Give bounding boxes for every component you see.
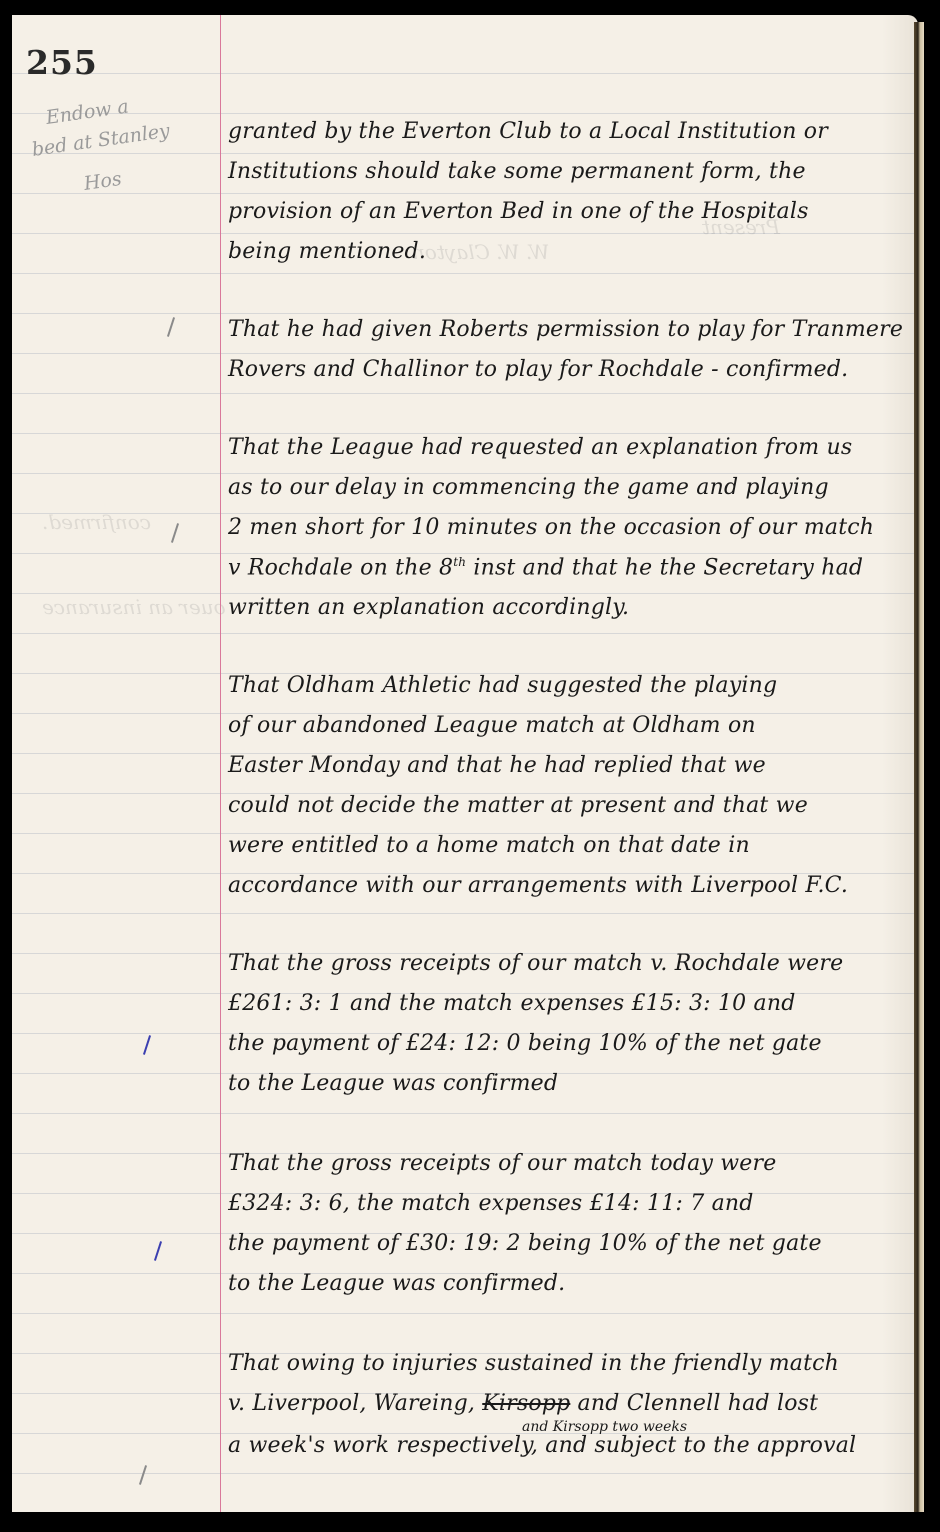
entry-line: a week's work respectively, and subject … (228, 1433, 856, 1458)
entry-line: the payment of £30: 19: 2 being 10% of t… (228, 1231, 822, 1256)
entry-line: Institutions should take some permanent … (228, 159, 806, 184)
ruled-line (12, 273, 918, 274)
blue-tick-icon (143, 1035, 151, 1055)
entry-line: That owing to injuries sustained in the … (228, 1351, 839, 1376)
ledger-page: Present W. W. Clayton confirmed. ouer an… (12, 15, 918, 1512)
ordinal-suffix: th (453, 555, 466, 569)
ruled-line (12, 1473, 918, 1474)
pencil-tick-icon (171, 523, 179, 543)
entry-line-text: inst and that he the Secretary had (466, 555, 863, 580)
pencil-tick-icon (139, 1465, 147, 1485)
entry-line-text: v Rochdale on the 8 (228, 555, 453, 580)
ruled-line (12, 73, 918, 74)
entry-line: to the League was confirmed. (228, 1271, 565, 1296)
entry-line: provision of an Everton Bed in one of th… (228, 199, 809, 224)
ruled-line (12, 473, 918, 474)
ruled-line (12, 113, 918, 114)
entry-line: could not decide the matter at present a… (228, 793, 808, 818)
margin-note-line: Endow a (44, 96, 130, 129)
entry-line: Easter Monday and that he had replied th… (228, 753, 766, 778)
entry-line: being mentioned. (228, 239, 426, 264)
entry-line: of our abandoned League match at Oldham … (228, 713, 756, 738)
entry-line: That Oldham Athletic had suggested the p… (228, 673, 777, 698)
ruled-line (12, 553, 918, 554)
bleed-through-text: ouer an insurance (42, 595, 226, 619)
ruled-line (12, 1113, 918, 1114)
struck-out-word: Kirsopp (482, 1391, 570, 1416)
ruled-line (12, 633, 918, 634)
entry-line-text: and Clennell had lost (570, 1391, 818, 1416)
bleed-through-text: W. W. Clayton (412, 240, 549, 264)
entry-line: v. Liverpool, Wareing, Kirsopp and Clenn… (228, 1391, 818, 1416)
entry-line: the payment of £24: 12: 0 being 10% of t… (228, 1031, 822, 1056)
ruled-line (12, 153, 918, 154)
ruled-line (12, 593, 918, 594)
entry-line: to the League was confirmed (228, 1071, 558, 1096)
entry-line: £324: 3: 6, the match expenses £14: 11: … (228, 1191, 754, 1216)
ruled-line (12, 433, 918, 434)
ruled-line (12, 353, 918, 354)
entry-line: Rovers and Challinor to play for Rochdal… (228, 357, 848, 382)
entry-line: £261: 3: 1 and the match expenses £15: 3… (228, 991, 796, 1016)
entry-line-text: v. Liverpool, Wareing, (228, 1391, 475, 1416)
margin-note-line: Hos (82, 168, 122, 195)
bleed-through-text: confirmed. (42, 510, 151, 534)
ruled-line (12, 393, 918, 394)
page-number: 255 (26, 43, 98, 82)
ruled-line (12, 1313, 918, 1314)
ruled-line (12, 313, 918, 314)
entry-line: as to our delay in commencing the game a… (228, 475, 829, 500)
ruled-line (12, 913, 918, 914)
margin-rule (220, 15, 221, 1512)
ruled-line (12, 233, 918, 234)
entry-line: 2 men short for 10 minutes on the occasi… (228, 515, 874, 540)
entry-line: written an explanation accordingly. (228, 595, 629, 620)
entry-line: That the gross receipts of our match v. … (228, 951, 843, 976)
pencil-tick-icon (167, 317, 175, 337)
blue-tick-icon (154, 1241, 162, 1261)
entry-line: accordance with our arrangements with Li… (228, 873, 848, 898)
entry-line: granted by the Everton Club to a Local I… (228, 119, 828, 144)
entry-line: were entitled to a home match on that da… (228, 833, 750, 858)
entry-line: That the League had requested an explana… (228, 435, 852, 460)
ruled-line (12, 193, 918, 194)
page-edge (914, 22, 924, 1512)
entry-line: That the gross receipts of our match tod… (228, 1151, 776, 1176)
entry-line: v Rochdale on the 8th inst and that he t… (228, 555, 863, 580)
entry-line: That he had given Roberts permission to … (228, 317, 903, 342)
